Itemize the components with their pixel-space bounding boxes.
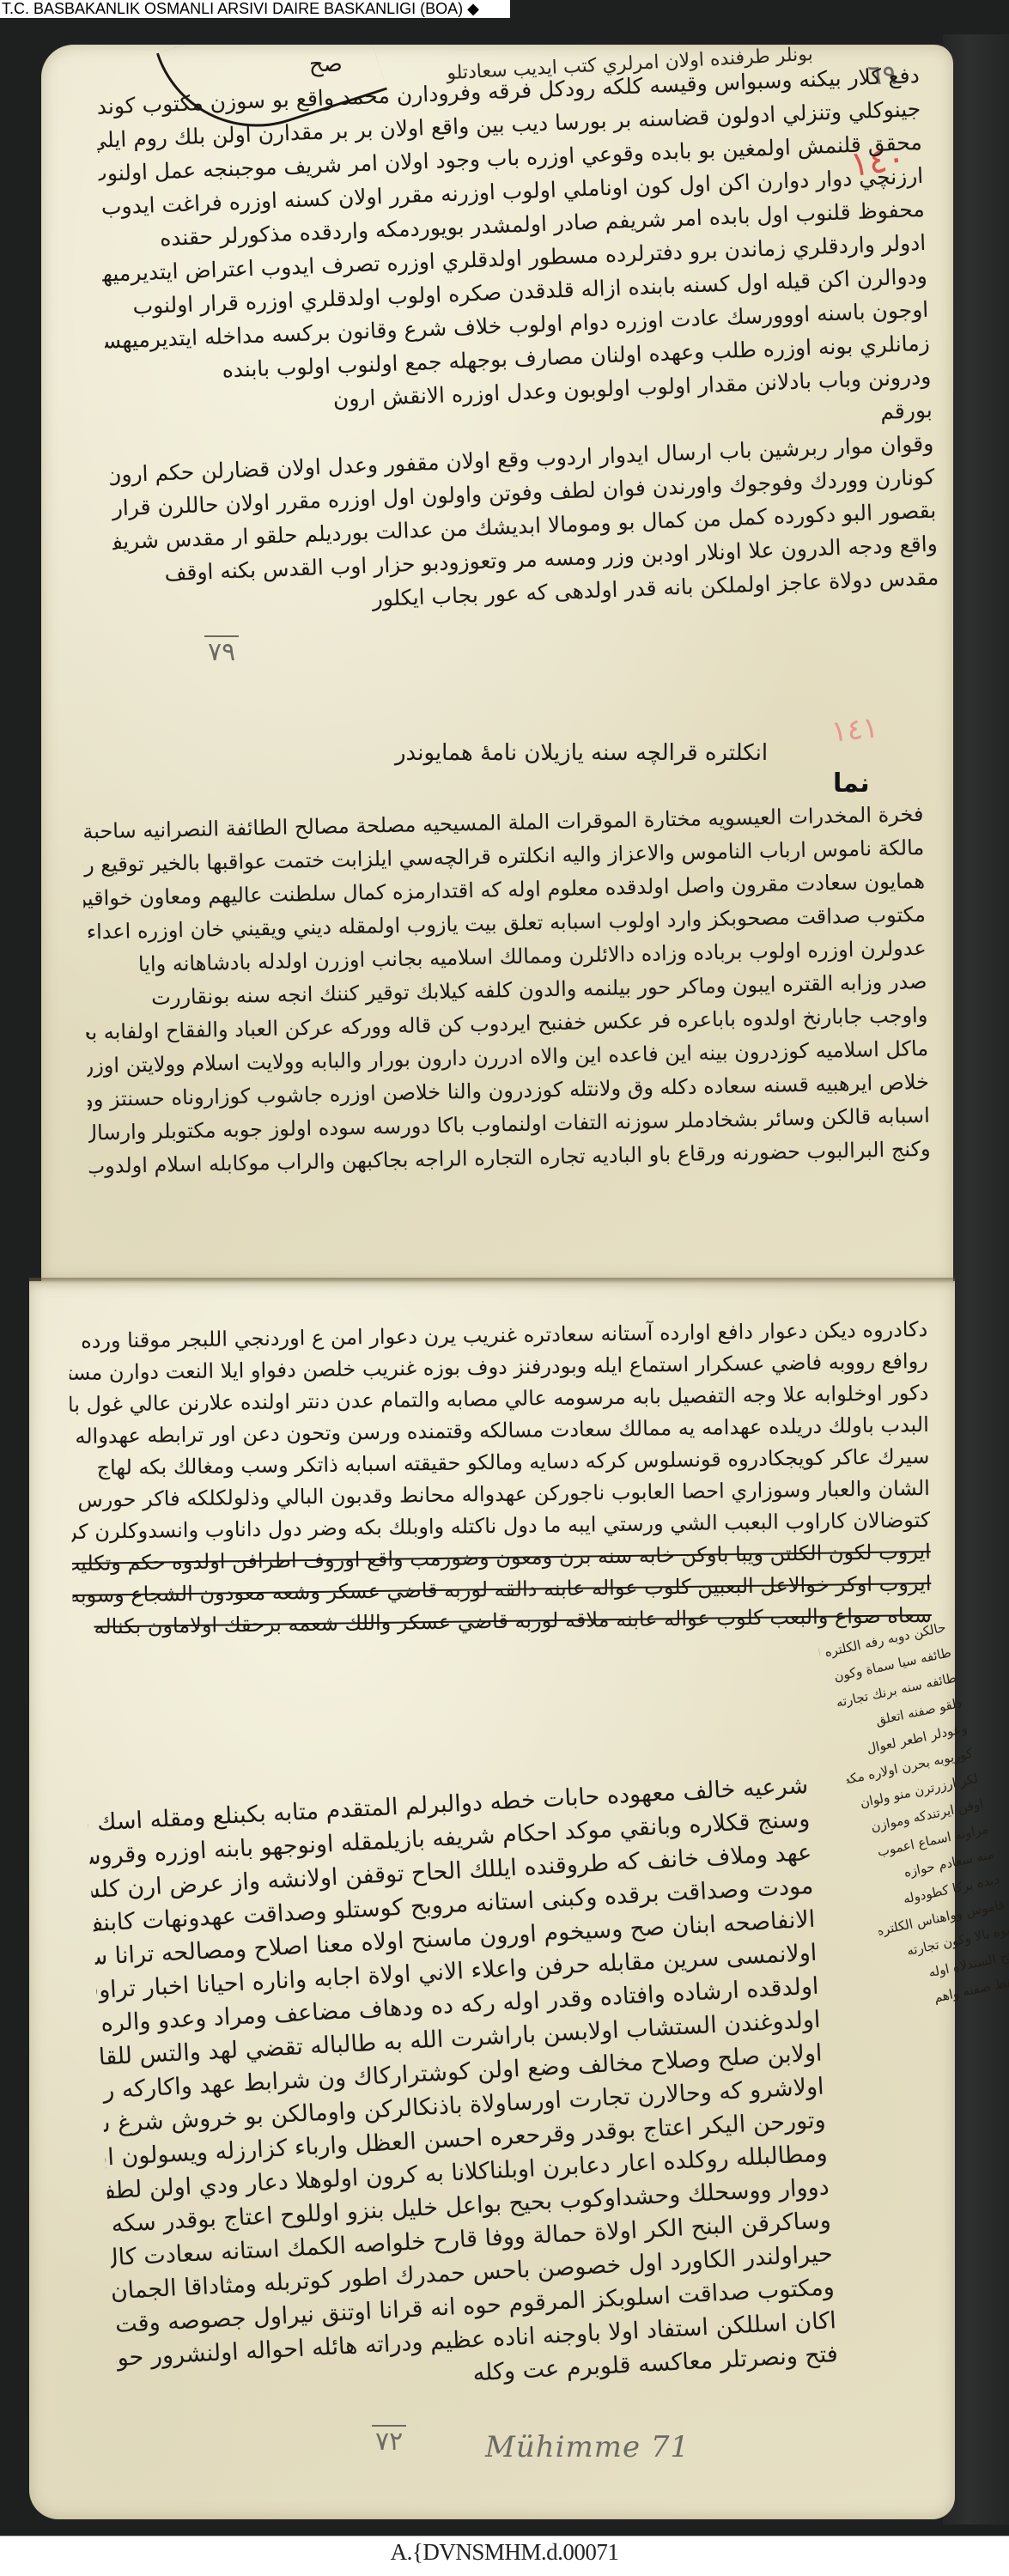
entry-number-141: ١٤١ — [830, 710, 880, 750]
page-fold-crease — [29, 1278, 955, 1290]
pencil-mark-upper: ٧٩ — [204, 635, 239, 667]
entry-141-heading: انكلتره قرالچه سنه يازيلان نامهٔ همايوند… — [395, 740, 768, 766]
entry-141-body-before-fold: فخرة المخدرات العيسويه مختارة الموقرات ا… — [82, 799, 931, 1184]
catalog-note-muhimme: Mühimme 71 — [485, 2430, 690, 2464]
entry-140-body: دفع كلار بيكنه وسبواس وقيسه كلكه رودكل ف… — [95, 60, 939, 627]
sah-annotation: صح — [309, 52, 343, 77]
invocation-mark: نما — [833, 769, 870, 799]
archive-header: T.C. BASBAKANLIK OSMANLI ARSIVI DAIRE BA… — [0, 0, 510, 18]
archive-reference-code: A.{DVNSMHM.d.00071 — [0, 2539, 1009, 2566]
entry-141-body-after-fold: دكادروه ديكن دعوار دافع اوارده آستانه سع… — [69, 1314, 932, 1643]
entry-141-body-final: شرعيه خالف معهوده حابات خطه دوالبرلم الم… — [87, 1769, 839, 2409]
pencil-mark-lower: ٧٢ — [372, 2425, 406, 2457]
